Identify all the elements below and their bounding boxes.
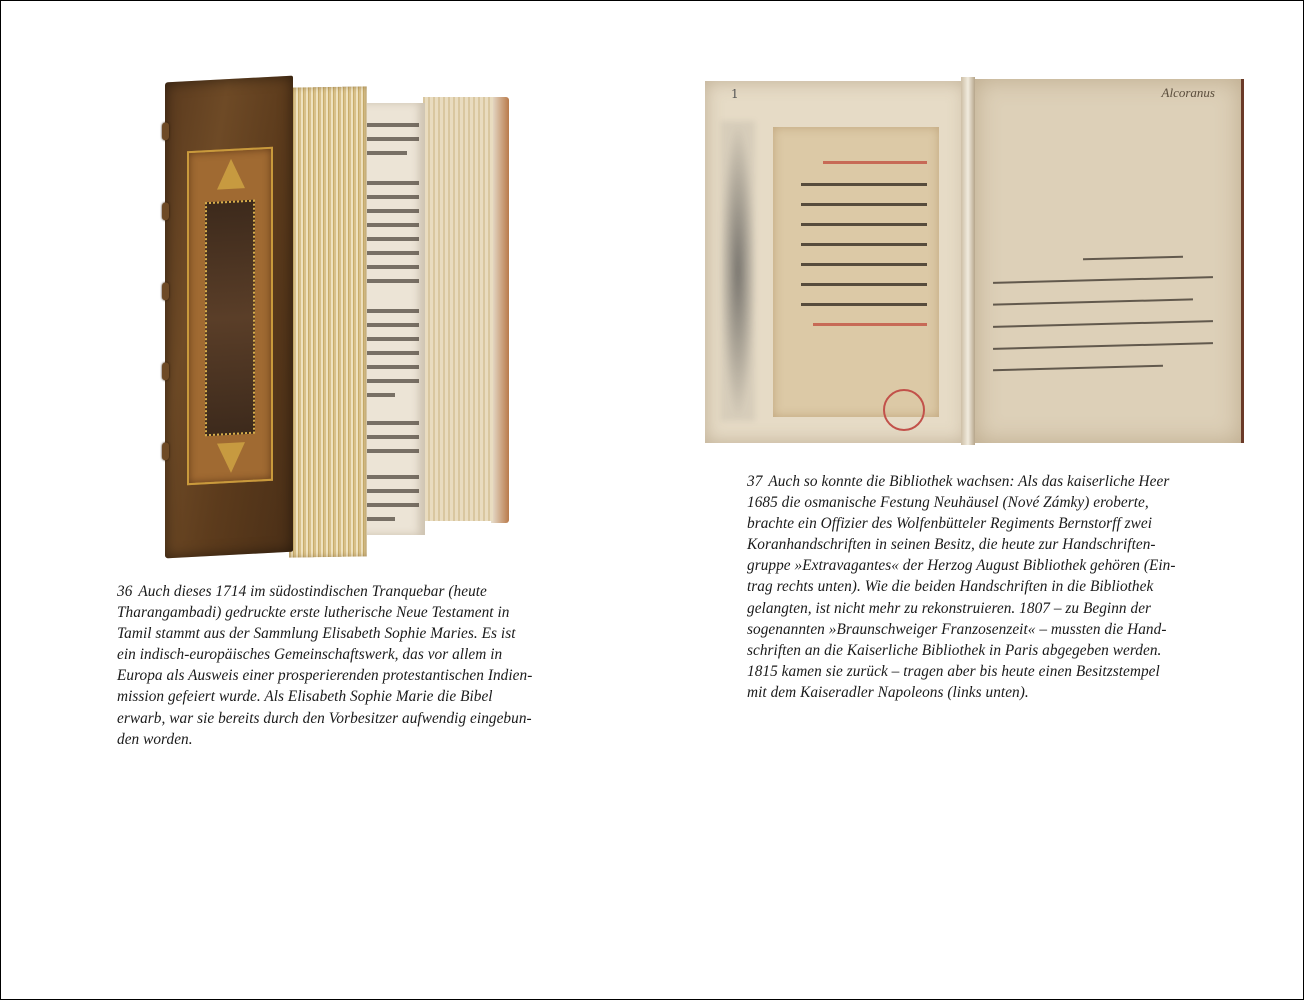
caption-line: erwarb, war sie bereits durch den Vorbes…: [117, 708, 532, 729]
manuscript-label: Alcoranus: [1162, 85, 1215, 101]
cover-panel: [187, 147, 273, 486]
figure-37-image: 1 Alcoranus: [705, 77, 1245, 445]
figure-36-image: [161, 73, 521, 561]
figure-number: 37: [747, 473, 762, 490]
right-manuscript-leaf: Alcoranus: [975, 79, 1244, 443]
caption-line: Tamil stammt aus der Sammlung Elisabeth …: [117, 623, 532, 644]
gilt-page-edges: [289, 86, 367, 557]
spine: [961, 77, 975, 445]
caption-line: Auch dieses 1714 im südostindischen Tran…: [138, 583, 487, 600]
caption-line: Koranhandschriften in seinen Besitz, die…: [747, 534, 1176, 555]
figure-number: 36: [117, 583, 132, 600]
leather-cover: [165, 76, 293, 559]
caption-line: brachte ein Offizier des Wolfenbütteler …: [747, 513, 1176, 534]
caption-line: sogenannten »Braunschweiger Franzosenzei…: [747, 619, 1176, 640]
caption-line: ein indisch-europäisches Gemeinschaftswe…: [117, 644, 532, 665]
caption-line: mit dem Kaiseradler Napoleons (links unt…: [747, 682, 1176, 703]
caption-line: Europa als Ausweis einer prosperierenden…: [117, 665, 532, 686]
page-mark: 1: [731, 87, 739, 101]
figure-36-caption: 36Auch dieses 1714 im südostindischen Tr…: [117, 581, 532, 750]
book-spread-page: 36Auch dieses 1714 im südostindischen Tr…: [0, 0, 1304, 1000]
caption-line: 1685 die osmanische Festung Neuhäusel (N…: [747, 492, 1176, 513]
back-cover: [491, 97, 509, 523]
caption-line: schriften an die Kaiserliche Bibliothek …: [747, 640, 1176, 661]
caption-line: 1815 kamen sie zurück – tragen aber bis …: [747, 661, 1176, 682]
arabic-text-sheet: [773, 127, 939, 417]
caption-line: den worden.: [117, 729, 532, 750]
figure-37-caption: 37Auch so konnte die Bibliothek wachsen:…: [747, 471, 1176, 703]
left-manuscript-leaf: 1: [705, 81, 967, 443]
caption-line: Tharangambadi) gedruckte erste lutherisc…: [117, 602, 532, 623]
caption-line: trag rechts unten). Wie die beiden Hands…: [747, 576, 1176, 597]
caption-line: mission gefeiert wurde. Als Elisabeth So…: [117, 686, 532, 707]
caption-line: gruppe »Extravagantes« der Herzog August…: [747, 555, 1176, 576]
napoleonic-eagle-stamp: [883, 389, 925, 431]
caption-line: gelangten, ist nicht mehr zu rekonstruie…: [747, 598, 1176, 619]
caption-line: Auch so konnte die Bibliothek wachsen: A…: [768, 473, 1169, 490]
right-page-block: [423, 97, 493, 521]
